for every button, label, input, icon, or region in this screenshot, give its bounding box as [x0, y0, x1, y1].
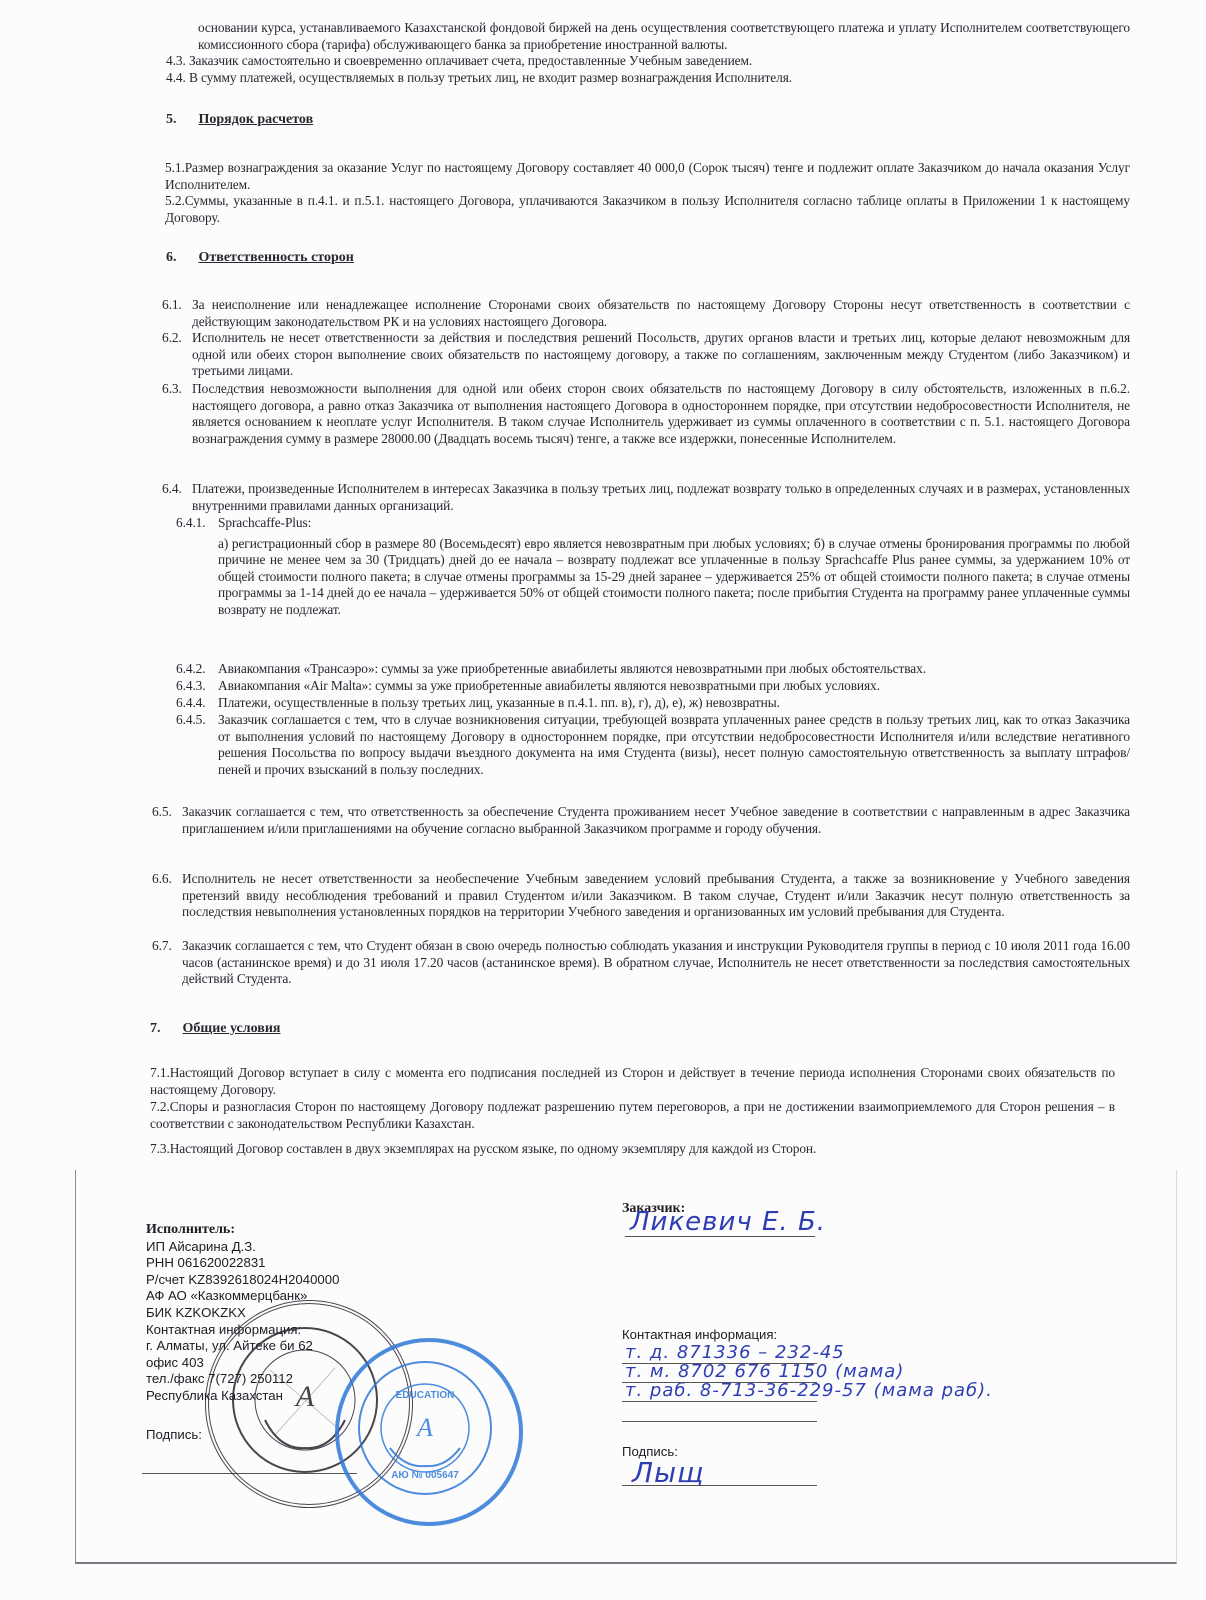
paragraph-text: Исполнитель не несет ответственности за … — [192, 330, 1130, 378]
paragraph-number: 6.4.4. — [176, 695, 206, 712]
executor-heading: Исполнитель: — [146, 1222, 235, 1237]
section-6-heading: 6.Ответственность сторон — [166, 250, 354, 266]
paragraph-number: 7.2. — [150, 1099, 170, 1114]
paragraph-5-2: 5.2.Суммы, указанные в п.4.1. и п.5.1. н… — [165, 193, 1130, 226]
contact-line-4 — [622, 1421, 817, 1422]
paragraph-number: 6.6. — [152, 871, 172, 888]
contract-page: основании курса, устанавливаемого Казахс… — [0, 0, 1206, 1600]
paragraph-number: 5.1. — [165, 160, 185, 175]
paragraph-number: 6.4.1. — [176, 515, 206, 532]
paragraph-number: 6.3. — [162, 381, 182, 398]
paragraph-number: 6.2. — [162, 330, 182, 347]
section-title: Порядок расчетов — [199, 112, 314, 127]
paragraph-6-6: 6.6.Исполнитель не несет ответственности… — [182, 871, 1130, 921]
stamp-blue-graphic: EDUCATION A АЮ № 005647 — [335, 1338, 515, 1518]
customer-signature-line — [622, 1485, 817, 1486]
executor-detail-line: ИП Айсарина Д.З. — [146, 1239, 426, 1256]
paragraph-4-3: 4.3. Заказчик самостоятельно и своевреме… — [166, 53, 1130, 70]
paragraph-text: Заказчик соглашается с тем, что ответств… — [182, 804, 1130, 836]
paragraph-text: Авиакомпания «Трансаэро»: суммы за уже п… — [218, 661, 926, 676]
paragraph-6-4-4: 6.4.4.Платежи, осуществленные в пользу т… — [218, 695, 1130, 712]
contact-line-1 — [622, 1363, 817, 1364]
svg-text:EDUCATION: EDUCATION — [396, 1390, 455, 1401]
paragraph-4-4: 4.4. В сумму платежей, осуществляемых в … — [166, 70, 1130, 87]
customer-name-line — [625, 1236, 815, 1237]
paragraph-6-7: 6.7.Заказчик соглашается с тем, что Студ… — [182, 938, 1130, 988]
paragraph-7-2: 7.2.Споры и разногласия Сторон по настоя… — [150, 1099, 1115, 1132]
svg-text:A: A — [294, 1380, 315, 1413]
svg-text:АЮ № 005647: АЮ № 005647 — [391, 1470, 459, 1481]
executor-detail-line: Р/счет KZ8392618024H2040000 — [146, 1272, 426, 1289]
paragraph-number: 7.3. — [150, 1141, 170, 1156]
paragraph-text: Платежи, осуществленные в пользу третьих… — [218, 695, 780, 710]
section-7-heading: 7.Общие условия — [150, 1021, 280, 1037]
customer-phone-work: т. раб. 8-713-36-229-57 (мама раб). — [625, 1380, 993, 1401]
paragraph-number: 4.3. — [166, 53, 186, 68]
paragraph-number: 6.4.2. — [176, 661, 206, 678]
paragraph-4-2-continuation: основании курса, устанавливаемого Казахс… — [198, 20, 1130, 53]
customer-phone-home: т. д. 871336 – 232-45 — [625, 1342, 845, 1363]
paragraph-text: Настоящий Договор вступает в силу с моме… — [150, 1065, 1115, 1097]
contact-line-3 — [622, 1401, 817, 1402]
paragraph-7-1: 7.1.Настоящий Договор вступает в силу с … — [150, 1065, 1115, 1098]
paragraph-number: 6.4. — [162, 481, 182, 498]
section-number: 5. — [166, 112, 177, 127]
paragraph-text: Последствия невозможности выполнения для… — [192, 381, 1130, 446]
paragraph-number: 4.4. — [166, 70, 186, 85]
paragraph-text: Платежи, произведенные Исполнителем в ин… — [192, 481, 1130, 513]
section-number: 7. — [150, 1021, 161, 1036]
paragraph-text: Заказчик соглашается с тем, что Студент … — [182, 938, 1130, 986]
paragraph-text: Заказчик самостоятельно и своевременно о… — [189, 53, 752, 68]
paragraph-6-1: 6.1.За неисполнение или ненадлежащее исп… — [192, 297, 1130, 330]
paragraph-7-3: 7.3.Настоящий Договор составлен в двух э… — [150, 1141, 1115, 1158]
paragraph-number: 6.7. — [152, 938, 172, 955]
paragraph-number: 6.4.3. — [176, 678, 206, 695]
paragraph-6-4-1: 6.4.1. Sprachcaffe-Plus: а) регистрацион… — [218, 515, 1130, 618]
section-5-heading: 5.Порядок расчетов — [166, 112, 313, 128]
school-stamp: EDUCATION A АЮ № 005647 — [335, 1338, 523, 1526]
customer-phone-mobile: т. м. 8702 676 1150 (мама) — [625, 1361, 904, 1382]
contact-line-2 — [622, 1382, 817, 1383]
paragraph-5-1: 5.1.Размер вознаграждения за оказание Ус… — [165, 160, 1130, 193]
paragraph-6-4-3: 6.4.3.Авиакомпания «Air Malta»: суммы за… — [218, 678, 1130, 695]
subparagraph-title: Sprachcaffe-Plus: — [218, 515, 1130, 532]
paragraph-number: 6.5. — [152, 804, 172, 821]
paragraph-number: 7.1. — [150, 1065, 170, 1080]
paragraph-text: Исполнитель не несет ответственности за … — [182, 871, 1130, 919]
paragraph-6-4-2: 6.4.2.Авиакомпания «Трансаэро»: суммы за… — [218, 661, 1130, 678]
paragraph-6-3: 6.3.Последствия невозможности выполнения… — [192, 381, 1130, 447]
paragraph-text: За неисполнение или ненадлежащее исполне… — [192, 297, 1130, 329]
paragraph-6-5: 6.5.Заказчик соглашается с тем, что отве… — [182, 804, 1130, 837]
paragraph-text: Размер вознаграждения за оказание Услуг … — [165, 160, 1130, 192]
section-number: 6. — [166, 250, 177, 265]
paragraph-text: Суммы, указанные в п.4.1. и п.5.1. насто… — [165, 193, 1130, 225]
paragraph-text: Заказчик соглашается с тем, что в случае… — [218, 712, 1130, 777]
paragraph-6-4: 6.4.Платежи, произведенные Исполнителем … — [192, 481, 1130, 514]
executor-detail-line: РНН 061620022831 — [146, 1255, 426, 1272]
paragraph-6-2: 6.2.Исполнитель не несет ответственности… — [192, 330, 1130, 380]
paragraph-text: Споры и разногласия Сторон по настоящему… — [150, 1099, 1115, 1131]
paragraph-text: Настоящий Договор составлен в двух экзем… — [170, 1141, 817, 1156]
section-title: Ответственность сторон — [199, 250, 354, 265]
paragraph-text: а) регистрационный сбор в размере 80 (Во… — [218, 536, 1130, 619]
paragraph-number: 6.1. — [162, 297, 182, 314]
svg-text:A: A — [415, 1413, 433, 1442]
paragraph-number: 6.4.5. — [176, 712, 206, 729]
paragraph-number: 5.2. — [165, 193, 185, 208]
customer-name-handwritten: Ликевич Е. Б. — [630, 1207, 826, 1237]
paragraph-text: Авиакомпания «Air Malta»: суммы за уже п… — [218, 678, 880, 693]
paragraph-text: В сумму платежей, осуществляемых в польз… — [189, 70, 792, 85]
paragraph-6-4-5: 6.4.5.Заказчик соглашается с тем, что в … — [218, 712, 1130, 778]
section-title: Общие условия — [183, 1021, 281, 1036]
paragraph-text: основании курса, устанавливаемого Казахс… — [198, 20, 1130, 52]
